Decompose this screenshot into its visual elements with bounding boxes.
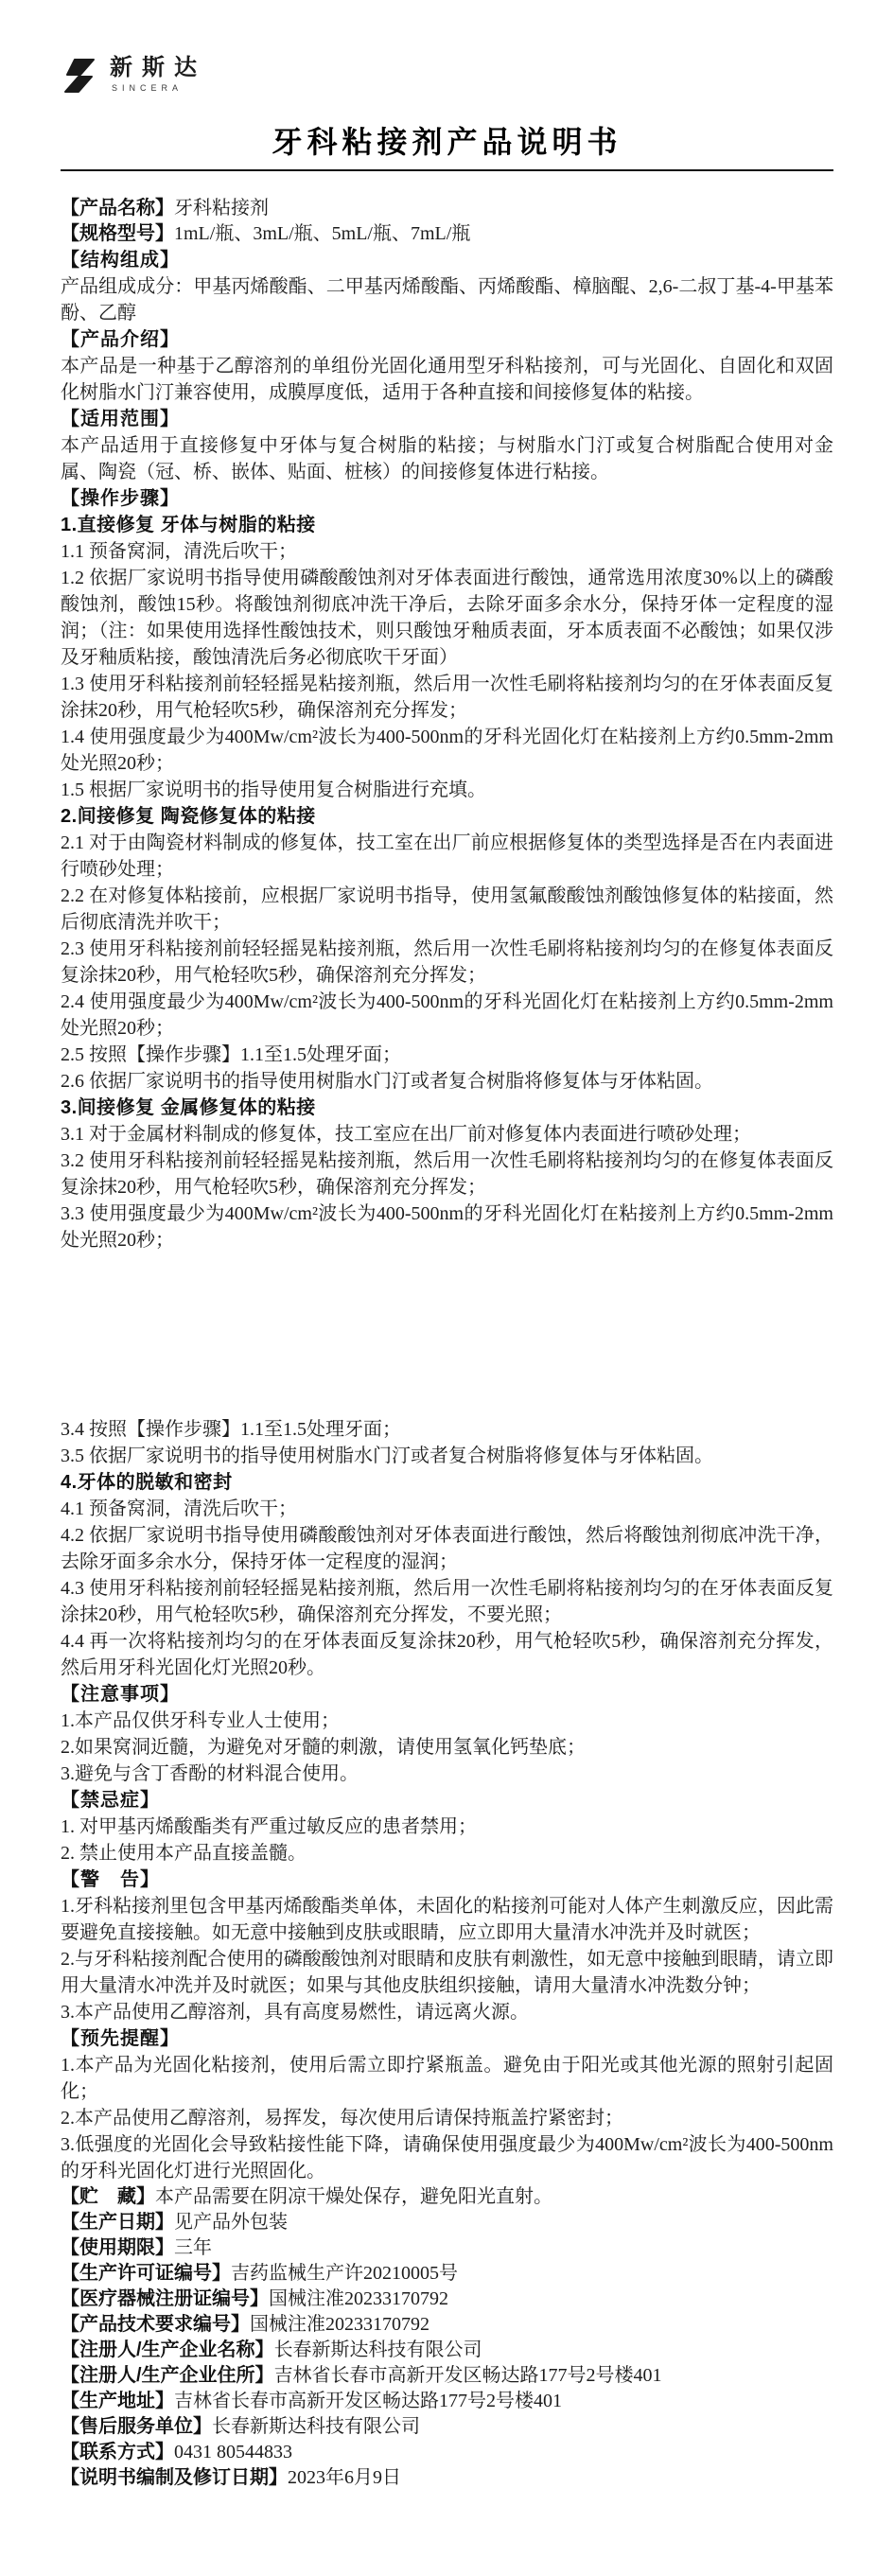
field-line: 【产品名称】牙科粘接剂	[61, 196, 833, 221]
step-line: 1.5 根据厂家说明书的指导使用复合树脂进行充填。	[61, 777, 833, 803]
section-label: 【产品技术要求编号】	[61, 2314, 250, 2335]
brand-subtitle: SINCERA	[110, 83, 206, 93]
field-value: 吉林省长春市高新开发区畅达路177号2号楼401	[274, 2365, 662, 2386]
step-line: 2.1 对于由陶瓷材料制成的修复体，技工室在出厂前应根据修复体的类型选择是否在内…	[61, 830, 833, 883]
field-value: 本产品需要在阴凉干燥处保存，避免阳光直射。	[155, 2186, 552, 2207]
step-line: 3.1 对于金属材料制成的修复体，技工室应在出厂前对修复体内表面进行喷砂处理；	[61, 1121, 833, 1148]
field-line: 【售后服务单位】长春新斯达科技有限公司	[61, 2414, 833, 2440]
section-subheading: 4.牙体的脱敏和密封	[61, 1469, 833, 1496]
field-value: 三年	[174, 2237, 212, 2258]
section-label: 【医疗器械注册证编号】	[61, 2288, 269, 2309]
step-line: 1.本产品仅供牙科专业人士使用；	[61, 1708, 833, 1734]
section-label: 【注册人/生产企业名称】	[61, 2339, 274, 2360]
document-body: 【产品名称】牙科粘接剂【规格型号】1mL/瓶、3mL/瓶、5mL/瓶、7mL/瓶…	[61, 196, 833, 2491]
section-subheading: 1.直接修复 牙体与树脂的粘接	[61, 512, 833, 538]
section-label: 【注册人/生产企业住所】	[61, 2365, 274, 2386]
step-line: 4.4 再一次将粘接剂均匀的在牙体表面反复涂抹20秒，用气枪轻吹5秒，确保溶剂充…	[61, 1628, 833, 1681]
step-line: 2.6 依据厂家说明书的指导使用树脂水门汀或者复合树脂将修复体与牙体粘固。	[61, 1068, 833, 1095]
step-line: 1.1 预备窝洞，清洗后吹干；	[61, 538, 833, 565]
step-line: 4.1 预备窝洞，清洗后吹干；	[61, 1496, 833, 1522]
section-header: 【禁忌症】	[61, 1787, 833, 1814]
field-value: 牙科粘接剂	[174, 198, 269, 219]
step-line: 1.牙科粘接剂里包含甲基丙烯酸酯类单体，未固化的粘接剂可能对人体产生刺激反应，因…	[61, 1893, 833, 1946]
paragraph: 产品组成成分：甲基丙烯酸酯、二甲基丙烯酸酯、丙烯酸酯、樟脑醌、2,6-二叔丁基-…	[61, 273, 833, 326]
step-line: 4.2 依据厂家说明书指导使用磷酸酸蚀剂对牙体表面进行酸蚀，然后将酸蚀剂彻底冲洗…	[61, 1522, 833, 1575]
step-line: 3.避免与含丁香酚的材料混合使用。	[61, 1761, 833, 1787]
section-header: 【适用范围】	[61, 406, 833, 432]
section-header: 【产品介绍】	[61, 326, 833, 353]
page-break-gap	[61, 1253, 833, 1416]
section-label: 【产品名称】	[61, 198, 174, 219]
section-label: 【售后服务单位】	[61, 2416, 212, 2437]
step-line: 3.低强度的光固化会导致粘接性能下降，请确保使用强度最少为400Mw/cm²波长…	[61, 2131, 833, 2184]
section-subheading: 3.间接修复 金属修复体的粘接	[61, 1095, 833, 1121]
field-value: 长春新斯达科技有限公司	[274, 2339, 482, 2360]
step-line: 3.5 依据厂家说明书的指导使用树脂水门汀或者复合树脂将修复体与牙体粘固。	[61, 1443, 833, 1469]
step-line: 2.2 在对修复体粘接前，应根据厂家说明书指导，使用氢氟酸酸蚀剂酸蚀修复体的粘接…	[61, 883, 833, 936]
section-label: 【生产许可证编号】	[61, 2263, 231, 2284]
field-line: 【说明书编制及修订日期】2023年6月9日	[61, 2465, 833, 2491]
step-line: 2.如果窝洞近髓，为避免对牙髓的刺激，请使用氢氧化钙垫底；	[61, 1734, 833, 1761]
step-line: 3.2 使用牙科粘接剂前轻轻摇晃粘接剂瓶，然后用一次性毛刷将粘接剂均匀的在修复体…	[61, 1148, 833, 1200]
step-line: 1.2 依据厂家说明书指导使用磷酸酸蚀剂对牙体表面进行酸蚀，通常选用浓度30%以…	[61, 565, 833, 671]
step-line: 4.3 使用牙科粘接剂前轻轻摇晃粘接剂瓶，然后用一次性毛刷将粘接剂均匀的在牙体表…	[61, 1575, 833, 1628]
title-divider	[61, 169, 833, 171]
field-line: 【注册人/生产企业住所】吉林省长春市高新开发区畅达路177号2号楼401	[61, 2363, 833, 2389]
section-subheading: 2.间接修复 陶瓷修复体的粘接	[61, 803, 833, 830]
field-line: 【使用期限】三年	[61, 2235, 833, 2261]
field-line: 【生产日期】见产品外包装	[61, 2210, 833, 2235]
brand-name: 新斯达	[110, 55, 206, 81]
section-label: 【生产日期】	[61, 2212, 174, 2233]
field-line: 【注册人/生产企业名称】长春新斯达科技有限公司	[61, 2338, 833, 2363]
brand-logo: 新斯达 SINCERA	[61, 55, 833, 104]
paragraph: 本产品是一种基于乙醇溶剂的单组份光固化通用型牙科粘接剂，可与光固化、自固化和双固…	[61, 353, 833, 406]
step-line: 1. 对甲基丙烯酸酯类有严重过敏反应的患者禁用；	[61, 1814, 833, 1840]
instruction-sheet-page: 新斯达 SINCERA 牙科粘接剂产品说明书 【产品名称】牙科粘接剂【规格型号】…	[0, 0, 894, 2576]
step-line: 1.3 使用牙科粘接剂前轻轻摇晃粘接剂瓶，然后用一次性毛刷将粘接剂均匀的在牙体表…	[61, 671, 833, 724]
field-line: 【生产地址】吉林省长春市高新开发区畅达路177号2号楼401	[61, 2389, 833, 2414]
field-value: 国械注准20233170792	[250, 2314, 429, 2335]
brand-text: 新斯达 SINCERA	[110, 55, 206, 93]
field-value: 吉药监械生产许20210005号	[231, 2263, 458, 2284]
field-line: 【生产许可证编号】吉药监械生产许20210005号	[61, 2261, 833, 2287]
step-line: 2.3 使用牙科粘接剂前轻轻摇晃粘接剂瓶，然后用一次性毛刷将粘接剂均匀的在修复体…	[61, 936, 833, 989]
field-value: 2023年6月9日	[288, 2467, 401, 2488]
step-line: 3.3 使用强度最少为400Mw/cm²波长为400-500nm的牙科光固化灯在…	[61, 1200, 833, 1253]
step-line: 2.4 使用强度最少为400Mw/cm²波长为400-500nm的牙科光固化灯在…	[61, 989, 833, 1042]
section-header: 【注意事项】	[61, 1681, 833, 1708]
field-value: 1mL/瓶、3mL/瓶、5mL/瓶、7mL/瓶	[174, 223, 470, 244]
page-title: 牙科粘接剂产品说明书	[61, 123, 833, 161]
s-mark-icon	[61, 57, 98, 95]
field-line: 【联系方式】0431 80544833	[61, 2440, 833, 2465]
section-label: 【说明书编制及修订日期】	[61, 2467, 288, 2488]
field-value: 国械注准20233170792	[269, 2288, 448, 2309]
paragraph: 本产品适用于直接修复中牙体与复合树脂的粘接；与树脂水门汀或复合树脂配合使用对金属…	[61, 432, 833, 485]
field-value: 吉林省长春市高新开发区畅达路177号2号楼401	[174, 2391, 562, 2411]
field-line: 【医疗器械注册证编号】国械注准20233170792	[61, 2287, 833, 2312]
step-line: 2.与牙科粘接剂配合使用的磷酸酸蚀剂对眼睛和皮肤有刺激性，如无意中接触到眼睛，请…	[61, 1946, 833, 1999]
section-label: 【贮 藏】	[61, 2186, 155, 2207]
step-line: 2.本产品使用乙醇溶剂，易挥发，每次使用后请保持瓶盖拧紧密封；	[61, 2105, 833, 2131]
section-label: 【生产地址】	[61, 2391, 174, 2411]
field-line: 【规格型号】1mL/瓶、3mL/瓶、5mL/瓶、7mL/瓶	[61, 221, 833, 247]
step-line: 2. 禁止使用本产品直接盖髓。	[61, 1840, 833, 1866]
step-line: 3.4 按照【操作步骤】1.1至1.5处理牙面；	[61, 1416, 833, 1443]
field-value: 0431 80544833	[174, 2442, 292, 2462]
field-line: 【贮 藏】本产品需要在阴凉干燥处保存，避免阳光直射。	[61, 2184, 833, 2210]
section-label: 【规格型号】	[61, 223, 174, 244]
section-label: 【联系方式】	[61, 2442, 174, 2462]
section-header: 【操作步骤】	[61, 485, 833, 512]
field-line: 【产品技术要求编号】国械注准20233170792	[61, 2312, 833, 2338]
step-line: 2.5 按照【操作步骤】1.1至1.5处理牙面；	[61, 1042, 833, 1068]
section-header: 【警 告】	[61, 1866, 833, 1893]
section-label: 【使用期限】	[61, 2237, 174, 2258]
field-value: 长春新斯达科技有限公司	[212, 2416, 420, 2437]
step-line: 3.本产品使用乙醇溶剂，具有高度易燃性，请远离火源。	[61, 1999, 833, 2025]
section-header: 【结构组成】	[61, 247, 833, 273]
field-value: 见产品外包装	[174, 2212, 288, 2233]
section-header: 【预先提醒】	[61, 2025, 833, 2052]
step-line: 1.本产品为光固化粘接剂，使用后需立即拧紧瓶盖。避免由于阳光或其他光源的照射引起…	[61, 2052, 833, 2105]
step-line: 1.4 使用强度最少为400Mw/cm²波长为400-500nm的牙科光固化灯在…	[61, 724, 833, 777]
